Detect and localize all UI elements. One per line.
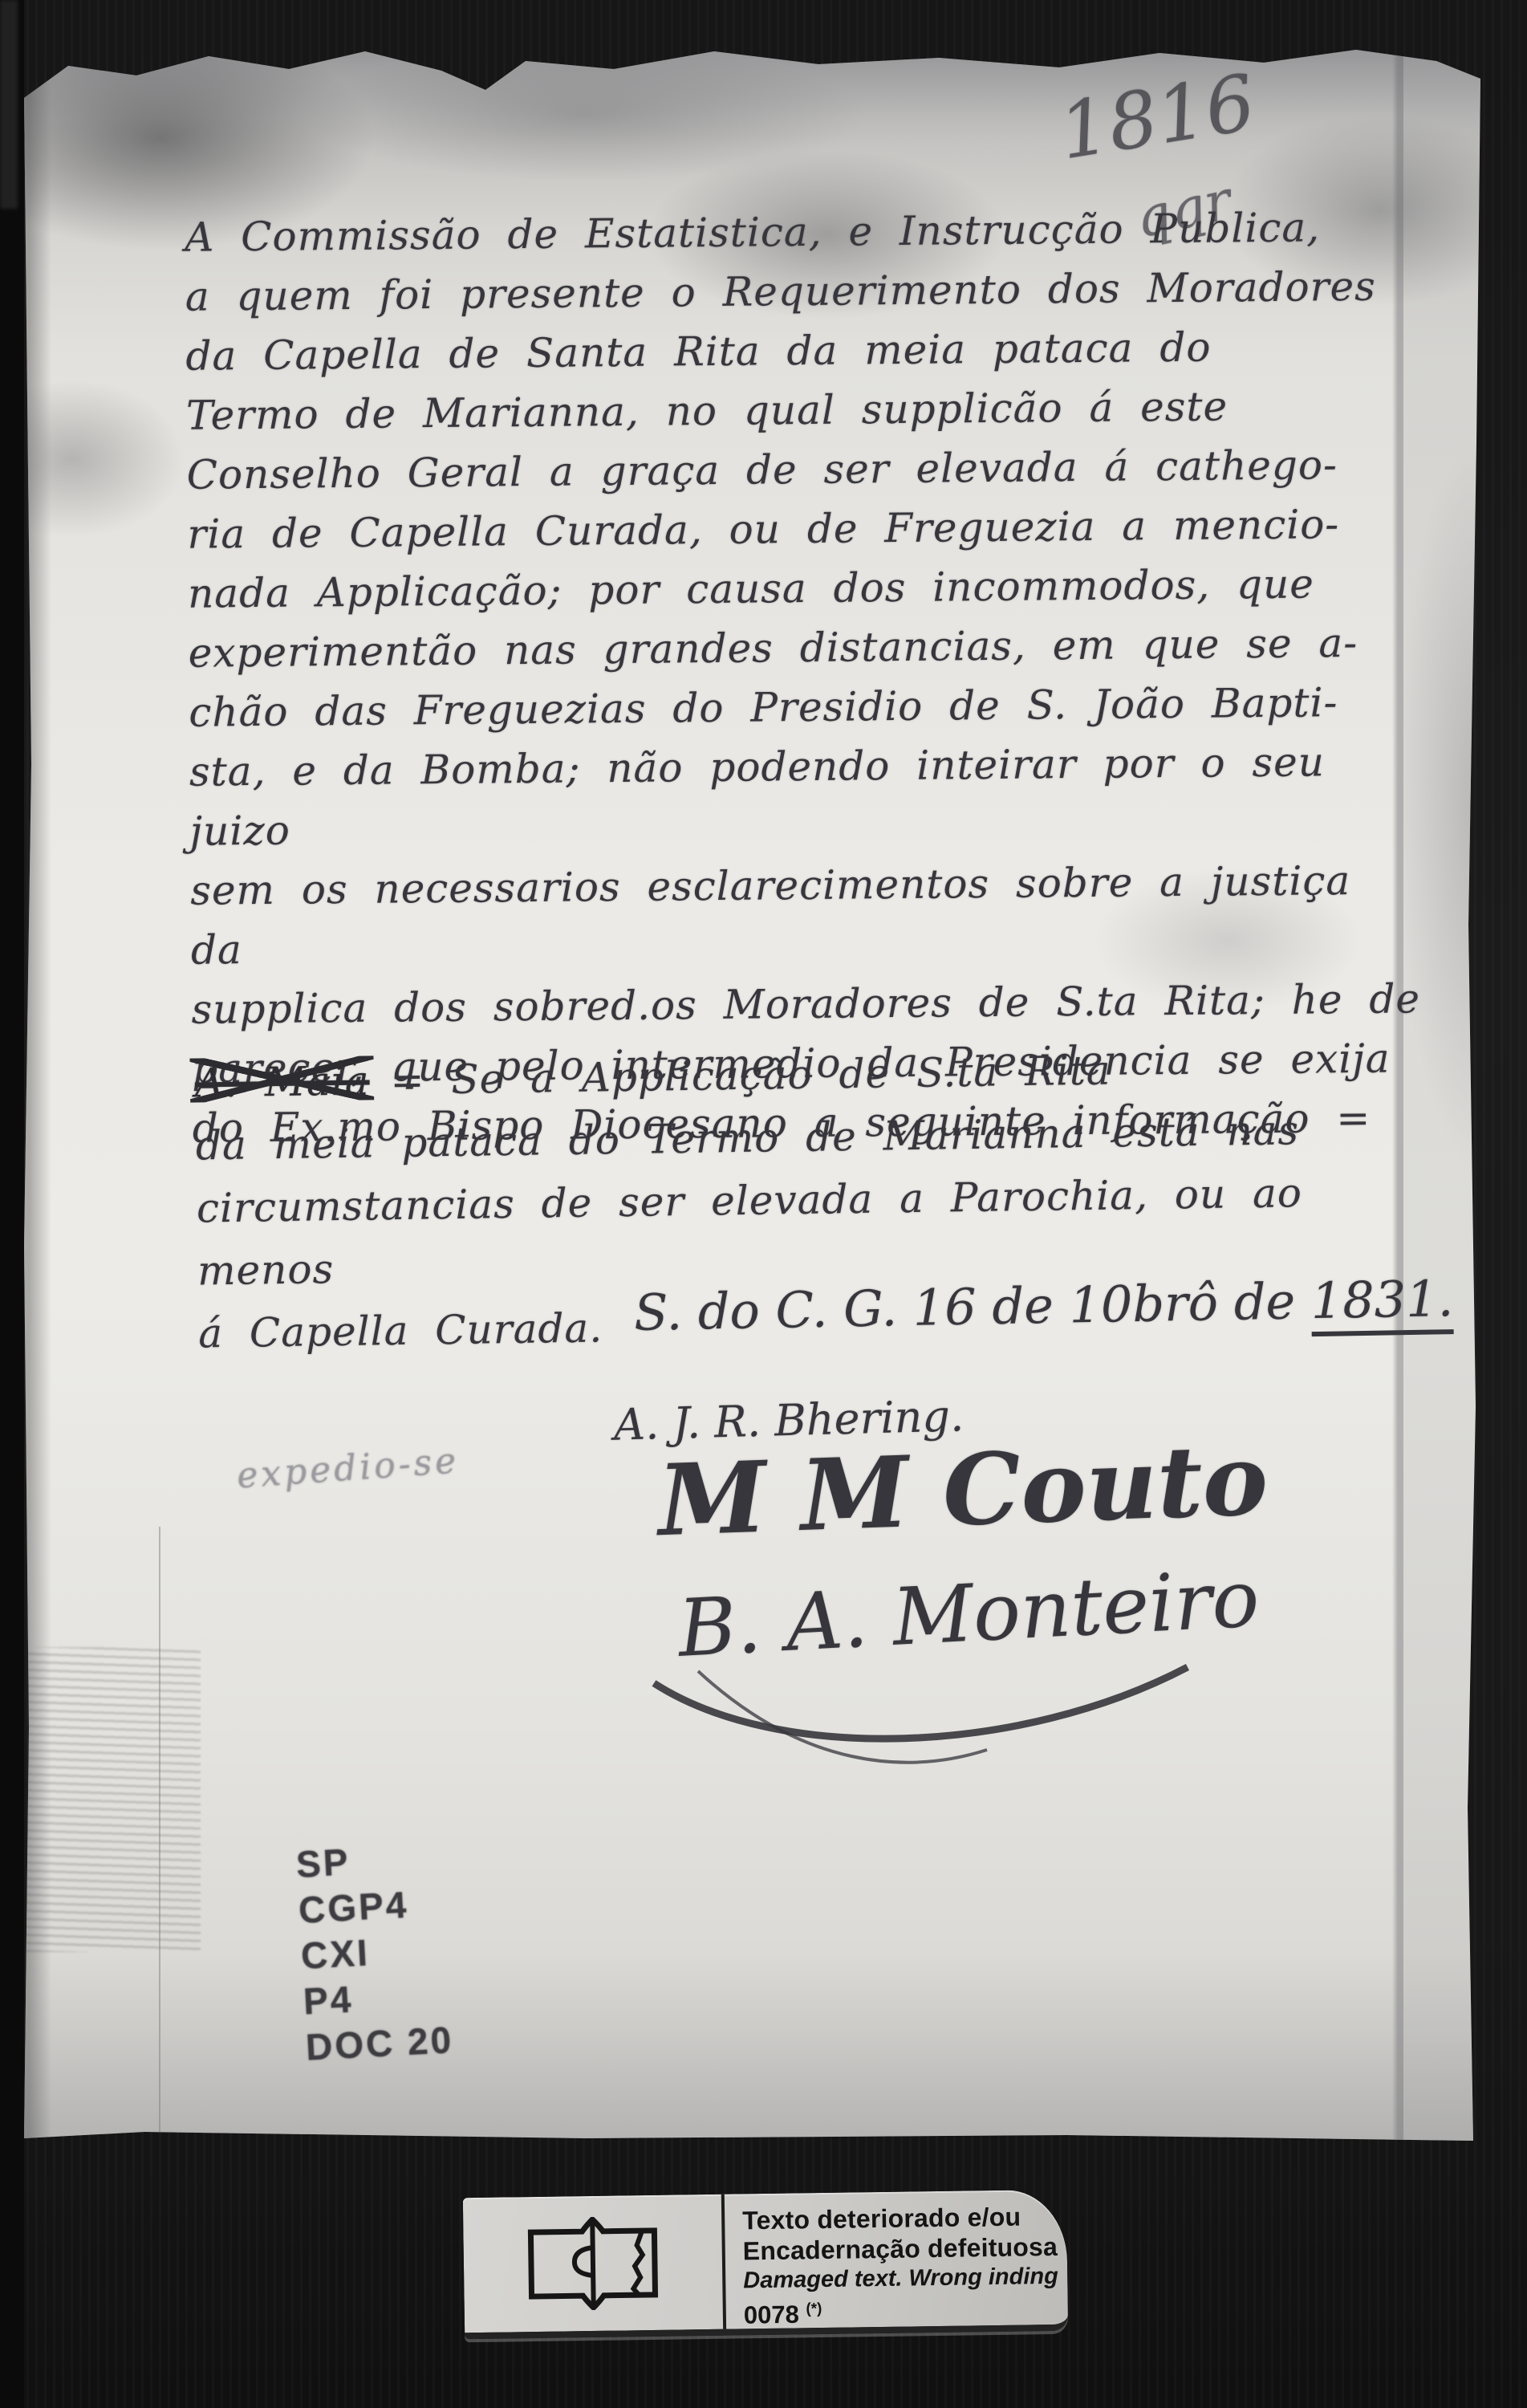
label-pt-line-2: Encadernação defeituosa (743, 2231, 1059, 2266)
manuscript-line: Conselho Geral a graça de ser elevada á … (186, 434, 1423, 504)
manuscript-line: da Capella de Santa Rita da meia pataca … (185, 315, 1422, 385)
dateline-year: 1831. (1310, 1269, 1454, 1336)
signature-couto: M M Couto (656, 1422, 1270, 1558)
manuscript-line: nada Applicação; por causa dos incommodo… (188, 553, 1424, 623)
dateline-text: S. do C. G. 16 de 10brô de (633, 1271, 1311, 1342)
archival-mark-line: CXI (300, 1926, 450, 1979)
manuscript-line: supplica dos sobred.os Moradores de S.ta… (191, 969, 1428, 1039)
manuscript-line: sem os necessarios esclarecimentos sobre… (190, 850, 1427, 979)
paper-fold-striations (24, 1647, 201, 1952)
manuscript-line: A Commissão de Estatistica, e Instrucção… (185, 197, 1421, 266)
archive-scan: { "document": { "corner_marks": { "numbe… (0, 0, 1527, 2408)
paper-fold-line (159, 1527, 160, 2137)
manuscript-line-text: = Se a Applicação de S.ta Rita (390, 1047, 1111, 1104)
archival-reference-marks: SP CGP4 CXI P4 DOC 20 (295, 1834, 455, 2070)
damage-notice-label: Texto deteriorado e/ou Encadernação defe… (463, 2190, 1068, 2339)
manuscript-page: 1816 qqr A Commissão de Estatistica, e I… (24, 42, 1480, 2141)
pencil-dispatch-note: expedio-se (236, 1440, 461, 1496)
frame-number-note: (*) (806, 2300, 822, 2317)
manuscript-line: ria de Capella Curada, ou de Freguezia a… (187, 494, 1423, 563)
corner-page-number: 1816 (1054, 58, 1261, 177)
adjacent-page-edge (0, 0, 18, 209)
label-frame-number: 0078 (*) (744, 2291, 1061, 2331)
manuscript-paragraph-1: A Commissão de Estatistica, e Instrucção… (185, 197, 1428, 1157)
scanner-bed-edge (0, 0, 24, 2408)
archival-mark-line: P4 (303, 1971, 453, 2025)
label-icon-zone (463, 2194, 723, 2333)
damaged-book-icon (516, 2216, 670, 2312)
manuscript-line: experimentão nas grandes distancias, em … (188, 612, 1424, 682)
manuscript-line: sta, e da Bomba; não podendo inteirar po… (189, 731, 1426, 860)
archival-mark-line: SP (295, 1834, 445, 1888)
manuscript-line: a quem foi presente o Requerimento dos M… (185, 256, 1422, 326)
manuscript-line: chão das Freguezias do Presidio de S. Jo… (189, 672, 1425, 742)
label-en-line: Damaged text. Wrong inding (743, 2262, 1059, 2295)
label-text-zone: Texto deteriorado e/ou Encadernação defe… (725, 2190, 1068, 2329)
label-pt-line-1: Texto deteriorado e/ou (742, 2201, 1058, 2235)
manuscript-line: Termo de Marianna, no qual supplicão á e… (186, 375, 1423, 445)
struck-out-text: A. Maia (194, 1049, 370, 1114)
archival-mark-line: CGP4 (298, 1880, 448, 1934)
frame-number: 0078 (744, 2300, 799, 2329)
archival-mark-line: DOC 20 (305, 2017, 455, 2071)
signature-flourish (642, 1655, 1220, 1775)
